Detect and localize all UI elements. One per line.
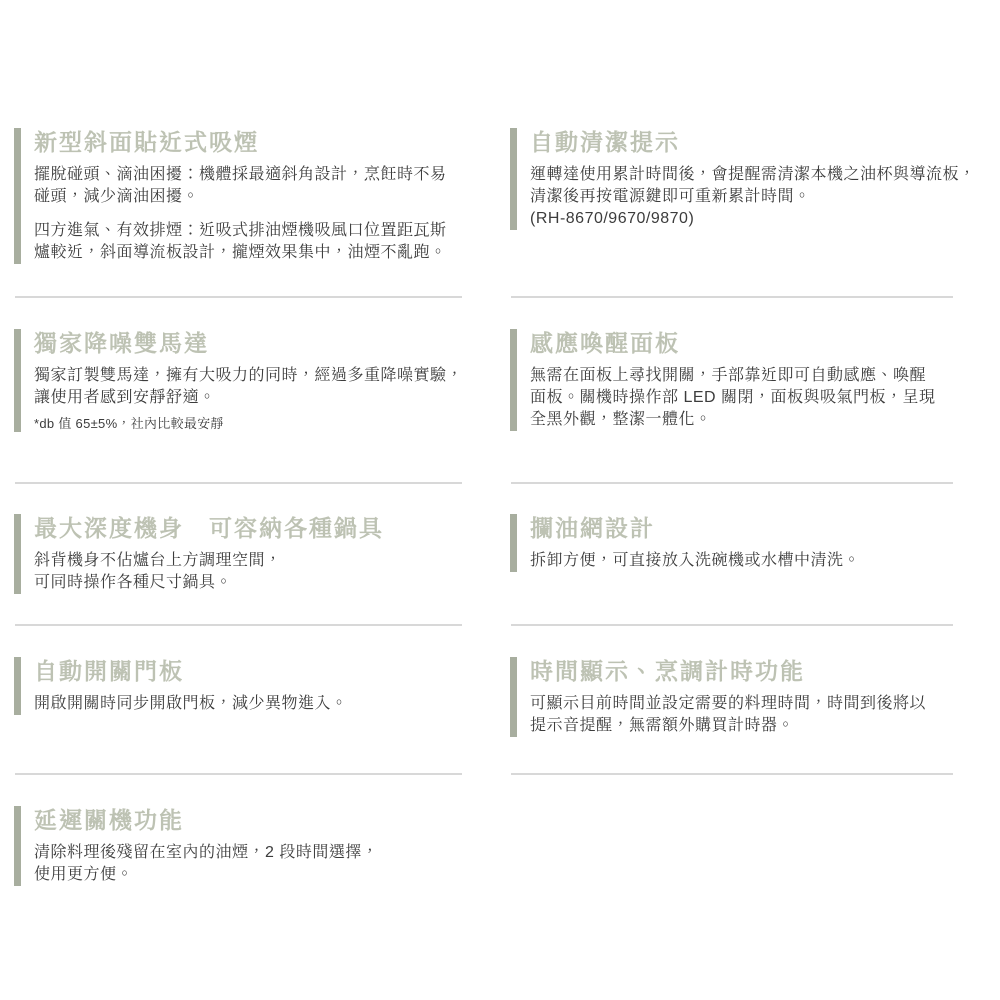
feature-title: 攔油網設計 <box>530 514 988 542</box>
feature-title: 自動開關門板 <box>34 657 479 685</box>
feature-paragraph: 無需在面板上尋找開關，手部靠近即可自動感應、喚醒 面板。關機時操作部 LED 關… <box>530 365 988 431</box>
section-divider <box>15 773 462 775</box>
feature-section-clean-reminder: 自動清潔提示 運轉達使用累計時間後，會提醒需清潔本機之油杯與導流板， 清潔後再按… <box>510 128 988 230</box>
section-divider <box>511 624 953 626</box>
feature-paragraph: 四方進氣、有效排煙：近吸式排油煙機吸風口位置距瓦斯 爐較近，斜面導流板設計，攏煙… <box>34 220 479 264</box>
section-divider <box>511 482 953 484</box>
feature-paragraph: 運轉達使用累計時間後，會提醒需清潔本機之油杯與導流板， 清潔後再按電源鍵即可重新… <box>530 164 988 230</box>
feature-paragraph: 斜背機身不佔爐台上方調理空間， 可同時操作各種尺寸鍋具。 <box>34 550 479 594</box>
feature-title: 感應喚醒面板 <box>530 329 988 357</box>
feature-title: 新型斜面貼近式吸煙 <box>34 128 479 156</box>
feature-section-wake-panel: 感應喚醒面板 無需在面板上尋找開關，手部靠近即可自動感應、喚醒 面板。關機時操作… <box>510 329 988 431</box>
section-divider <box>511 773 953 775</box>
feature-paragraph: 擺脫碰頭、滴油困擾：機體採最適斜角設計，烹飪時不易 碰頭，減少滴油困擾。 <box>34 164 479 208</box>
product-features-page: 新型斜面貼近式吸煙 擺脫碰頭、滴油困擾：機體採最適斜角設計，烹飪時不易 碰頭，減… <box>0 0 1000 1000</box>
section-divider <box>15 296 462 298</box>
feature-section-auto-door: 自動開關門板 開啟開關時同步開啟門板，減少異物進入。 <box>14 657 479 715</box>
feature-title: 最大深度機身 可容納各種鍋具 <box>34 514 479 542</box>
feature-note: *db 值 65±5%，社內比較最安靜 <box>34 415 479 432</box>
feature-paragraph: 開啟開關時同步開啟門板，減少異物進入。 <box>34 693 479 715</box>
feature-section-timer: 時間顯示、烹調計時功能 可顯示目前時間並設定需要的料理時間，時間到後將以 提示音… <box>510 657 988 737</box>
section-divider <box>511 296 953 298</box>
feature-section-oil-filter: 攔油網設計 拆卸方便，可直接放入洗碗機或水槽中清洗。 <box>510 514 988 572</box>
feature-section-deep-body: 最大深度機身 可容納各種鍋具 斜背機身不佔爐台上方調理空間， 可同時操作各種尺寸… <box>14 514 479 594</box>
feature-title: 時間顯示、烹調計時功能 <box>530 657 988 685</box>
feature-section-delay-off: 延遲關機功能 清除料理後殘留在室內的油煙，2 段時間選擇， 使用更方便。 <box>14 806 479 886</box>
feature-section-dual-motor: 獨家降噪雙馬達 獨家訂製雙馬達，擁有大吸力的同時，經過多重降噪實驗， 讓使用者感… <box>14 329 479 432</box>
feature-title: 延遲關機功能 <box>34 806 479 834</box>
section-divider <box>15 482 462 484</box>
feature-paragraph: 清除料理後殘留在室內的油煙，2 段時間選擇， 使用更方便。 <box>34 842 479 886</box>
feature-paragraph: 可顯示目前時間並設定需要的料理時間，時間到後將以 提示音提醒，無需額外購買計時器… <box>530 693 988 737</box>
feature-paragraph: 拆卸方便，可直接放入洗碗機或水槽中清洗。 <box>530 550 988 572</box>
feature-section-sloped-suction: 新型斜面貼近式吸煙 擺脫碰頭、滴油困擾：機體採最適斜角設計，烹飪時不易 碰頭，減… <box>14 128 479 264</box>
feature-title: 自動清潔提示 <box>530 128 988 156</box>
feature-paragraph: 獨家訂製雙馬達，擁有大吸力的同時，經過多重降噪實驗， 讓使用者感到安靜舒適。 <box>34 365 479 409</box>
feature-title: 獨家降噪雙馬達 <box>34 329 479 357</box>
section-divider <box>15 624 462 626</box>
